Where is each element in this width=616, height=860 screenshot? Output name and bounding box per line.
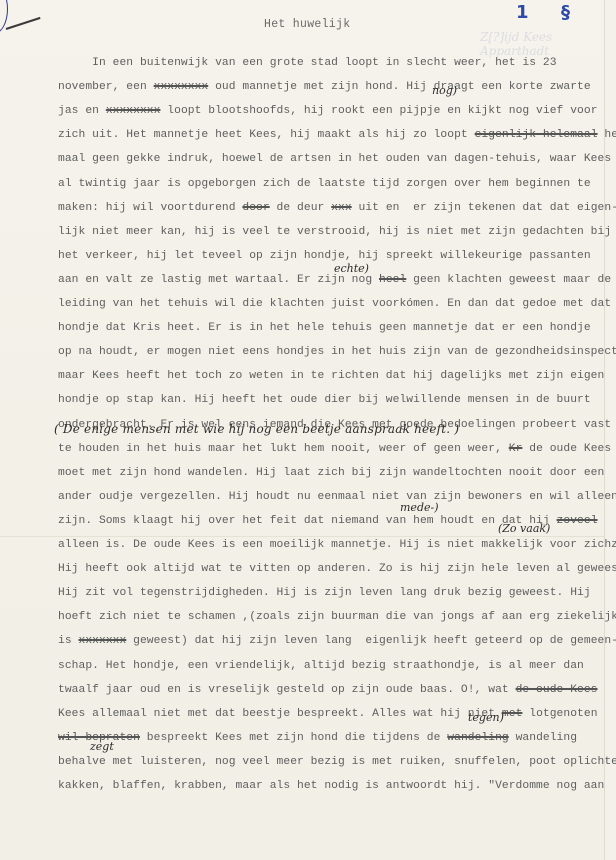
- typed-line: ander oudje vergezellen. Hij houdt nu ee…: [58, 491, 616, 503]
- typed-line: maal geen gekke indruk, hoewel de artsen…: [58, 153, 611, 165]
- typed-line: hondje dat Kris heet. Er is in het hele …: [58, 322, 591, 334]
- struck-text: heel: [379, 274, 406, 286]
- struck-text: xxxxxxx: [79, 635, 127, 647]
- typed-line: moet met zijn hond wandelen. Hij laat zi…: [58, 467, 604, 479]
- document-title: Het huwelijk: [264, 18, 350, 31]
- annotation-nog: nog): [432, 84, 457, 97]
- typed-line: wil bepraten bespreekt Kees met zijn hon…: [58, 732, 577, 744]
- typed-line: leiding van het tehuis wil die klachten …: [58, 298, 611, 310]
- struck-text: door: [242, 202, 269, 214]
- struck-text: de oude Kees: [516, 684, 598, 696]
- typescript-page: 1 § Z[?]ijd Kees Apparthadt Het huwelijk…: [0, 0, 605, 860]
- struck-text: eigenlijk helemaal: [475, 129, 598, 141]
- typed-line: hoeft zich niet te schamen ,(zoals zijn …: [58, 611, 616, 623]
- typed-line: Hij heeft ook altijd wat te vitten op an…: [58, 563, 616, 575]
- page-symbol-mark: §: [561, 2, 570, 23]
- struck-text: wandeling: [447, 732, 508, 744]
- page-number-mark: 1: [516, 2, 529, 23]
- typed-line: op na houdt, er mogen niet eens hondjes …: [58, 346, 616, 358]
- struck-text: met: [502, 708, 523, 720]
- struck-text: zoveel: [557, 515, 598, 527]
- paper-fold: [0, 536, 604, 537]
- typed-line: zich uit. Het mannetje heet Kees, hij ma…: [58, 129, 616, 141]
- typed-line: twaalf jaar oud en is vreselijk gesteld …: [58, 684, 598, 696]
- annotation-insertion: ( De enige mensen met wie hij nog een be…: [54, 422, 459, 436]
- typed-line: Kees allemaal niet met dat beestje bespr…: [58, 708, 598, 720]
- typed-line: november, een xxxxxxxx oud mannetje met …: [58, 81, 591, 93]
- typed-line: lijk niet meer kan, hij is veel te verst…: [58, 226, 611, 238]
- typed-line: schap. Het hondje, een vriendelijk, alti…: [58, 660, 584, 672]
- annotation-zegt: zegt: [90, 740, 114, 753]
- typed-line: kakken, blaffen, krabben, maar als het n…: [58, 780, 604, 792]
- annotation-mede: mede-): [400, 501, 439, 514]
- typed-line: maar Kees heeft het toch zo weten in te …: [58, 370, 604, 382]
- typed-line: In een buitenwijk van een grote stad loo…: [58, 57, 557, 69]
- typed-line: Hij zit vol tegenstrijdigheden. Hij is z…: [58, 587, 591, 599]
- typed-line: is xxxxxxx geweest) dat hij zijn leven l…: [58, 635, 616, 647]
- struck-text: Kr: [509, 443, 523, 455]
- struck-text: xxxxxxxx: [154, 81, 209, 93]
- typed-line: aan en valt ze lastig met wartaal. Er zi…: [58, 274, 611, 286]
- typed-line: behalve met luisteren, nog veel meer bez…: [58, 756, 616, 768]
- typed-line: te houden in het huis maar het lukt hem …: [58, 443, 611, 455]
- typed-line: hondje op stap kan. Hij heeft het oude d…: [58, 394, 591, 406]
- typed-line: het verkeer, hij let teveel op zijn hond…: [58, 250, 591, 262]
- typed-line: maken: hij wil voortdurend door de deur …: [58, 202, 616, 214]
- typed-line: jas en xxxxxxxx loopt blootshoofds, hij …: [58, 105, 598, 117]
- annotation-zo-vaak: (Zo vaak): [498, 522, 550, 535]
- bleedthrough-text: Z[?]ijd Kees Apparthadt: [480, 30, 604, 58]
- struck-text: xxx: [331, 202, 352, 214]
- annotation-echte: echte): [334, 262, 369, 275]
- typed-line: al twintig jaar is opgeborgen zich de la…: [58, 178, 591, 190]
- typed-line: alleen is. De oude Kees is een moeilijk …: [58, 539, 616, 551]
- annotation-tegen: tegen): [468, 711, 504, 724]
- margin-stroke: [6, 17, 41, 30]
- struck-text: xxxxxxxx: [106, 105, 161, 117]
